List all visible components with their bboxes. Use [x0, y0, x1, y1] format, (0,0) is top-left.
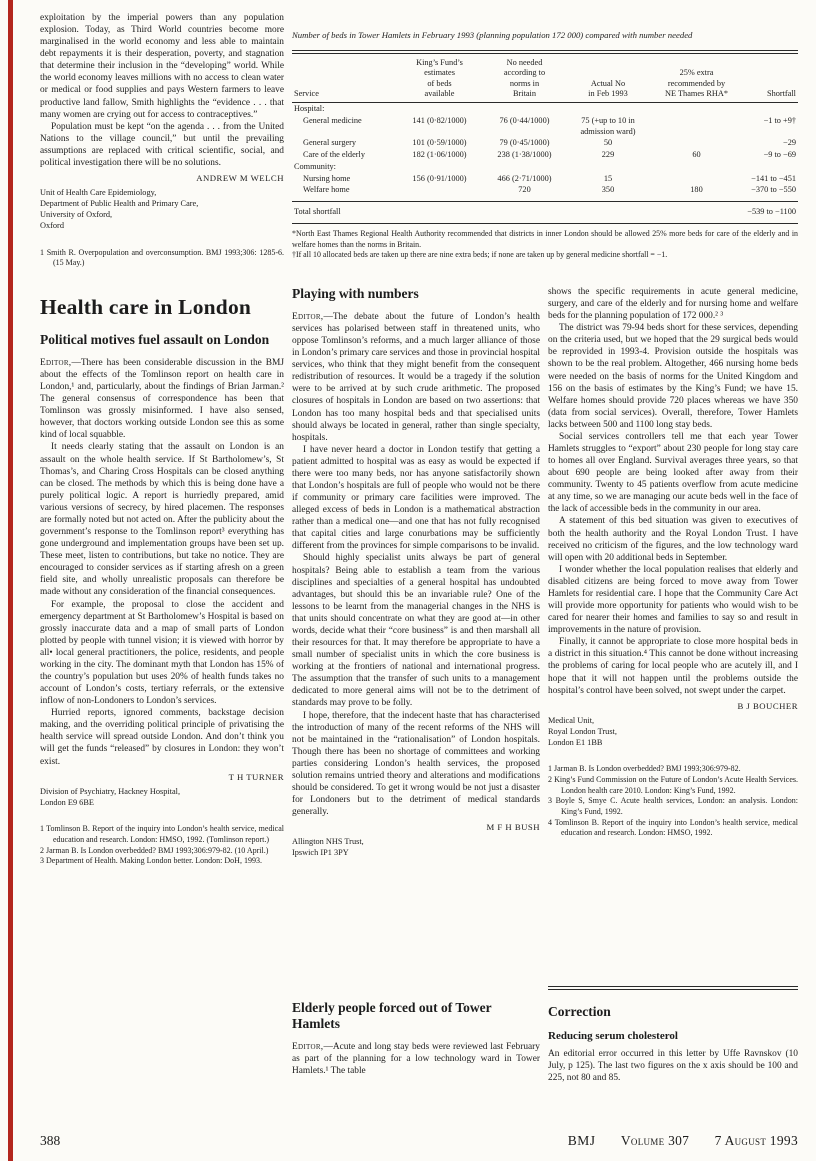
table-cell: 182 (1·06/1000): [397, 150, 482, 162]
column-header: Actual No in Feb 1993: [567, 54, 649, 103]
editor-lead: Editor,: [292, 312, 323, 322]
author-affiliation: Allington NHS Trust, Ipswich IP1 3PY: [292, 837, 540, 859]
table-cell-empty: [567, 202, 649, 224]
column-header: 25% extra recommended by NE Thames RHA*: [649, 54, 744, 103]
journal-volume: Volume 307: [621, 1133, 689, 1148]
reference-item: 2 King’s Fund Commission on the Future o…: [548, 775, 798, 796]
table-cell: −1 to +9†: [744, 115, 798, 138]
table-cell: −370 to −550: [744, 185, 798, 202]
beds-table-block: Number of beds in Tower Hamlets in Febru…: [292, 30, 798, 261]
letter-signature: M F H BUSH: [292, 822, 540, 832]
table-row: Care of the elderly 182 (1·06/1000) 238 …: [292, 150, 798, 162]
table-cell: −29: [744, 138, 798, 150]
journal-date: 7 August 1993: [715, 1133, 798, 1148]
table-cell: 156 (0·91/1000): [397, 173, 482, 185]
table-cell: 101 (0·59/1000): [397, 138, 482, 150]
table-cell: 238 (1·38/1000): [482, 150, 567, 162]
table-cell-empty: [482, 202, 567, 224]
letter-signature: B J BOUCHER: [548, 701, 798, 711]
table-cell-empty: [397, 161, 482, 173]
author-affiliation: Unit of Health Care Epidemiology, Depart…: [40, 188, 284, 232]
table-cell: [649, 173, 744, 185]
table-cell-empty: [567, 161, 649, 173]
table-cell-empty: [567, 103, 649, 115]
table-cell-empty: [744, 103, 798, 115]
table-footnote: *North East Thames Regional Health Autho…: [292, 229, 798, 250]
table-row: General surgery 101 (0·59/1000) 79 (0·45…: [292, 138, 798, 150]
correction-subtitle: Reducing serum cholesterol: [548, 1030, 798, 1042]
table-cell: General medicine: [292, 115, 397, 138]
table-cell: 76 (0·44/1000): [482, 115, 567, 138]
reference-list: 1 Jarman B. Is London overbedded? BMJ 19…: [548, 764, 798, 838]
column-header: Service: [292, 54, 397, 103]
table-caption: Number of beds in Tower Hamlets in Febru…: [292, 30, 798, 40]
letter-title: Playing with numbers: [292, 286, 540, 302]
table-footnotes: *North East Thames Regional Health Autho…: [292, 229, 798, 261]
paragraph-text: —There has been considerable discussion …: [40, 358, 284, 440]
letter-elderly-continuation: shows the specific requirements in acute…: [548, 286, 798, 839]
letter-signature: T H TURNER: [40, 772, 284, 782]
paragraph: Editor,—There has been considerable disc…: [40, 357, 284, 442]
table-cell-empty: [649, 161, 744, 173]
column-header: King’s Fund’s estimates of beds availabl…: [397, 54, 482, 103]
paragraph: For example, the proposal to close the a…: [40, 599, 284, 708]
page-footer: 388 BMJ Volume 307 7 August 1993: [40, 1133, 798, 1149]
paragraph: I hope, therefore, that the indecent has…: [292, 710, 540, 819]
editor-lead: Editor,: [40, 358, 71, 368]
left-column: exploitation by the imperial powers than…: [40, 12, 284, 867]
reference-item: 1 Tomlinson B. Report of the inquiry int…: [40, 824, 284, 845]
table-cell: 466 (2·71/1000): [482, 173, 567, 185]
column-header: Shortfall: [744, 54, 798, 103]
reference-list: 1 Tomlinson B. Report of the inquiry int…: [40, 824, 284, 867]
table-cell: [649, 115, 744, 138]
paragraph: Editor,—Acute and long stay beds were re…: [292, 1041, 540, 1077]
author-affiliation: Medical Unit, Royal London Trust, London…: [548, 716, 798, 749]
letter-elderly-people: Elderly people forced out of Tower Hamle…: [292, 1000, 540, 1077]
paragraph: I wonder whether the local population re…: [548, 564, 798, 636]
table-row: Nursing home 156 (0·91/1000) 466 (2·71/1…: [292, 173, 798, 185]
table-cell-empty: [649, 103, 744, 115]
table-cell: [397, 185, 482, 202]
paragraph: I have never heard a doctor in London te…: [292, 444, 540, 553]
reference-item: 3 Department of Health. Making London be…: [40, 856, 284, 867]
letter-title: Political motives fuel assault on London: [40, 332, 284, 348]
table-cell: 79 (0·45/1000): [482, 138, 567, 150]
correction-section: Correction Reducing serum cholesterol An…: [548, 986, 798, 1084]
section-title: Health care in London: [40, 295, 284, 320]
letter-title: Elderly people forced out of Tower Hamle…: [292, 1000, 540, 1032]
table-cell: Hospital:: [292, 103, 397, 115]
table-cell: Welfare home: [292, 185, 397, 202]
table-cell: 50: [567, 138, 649, 150]
table-cell: Total shortfall: [292, 202, 397, 224]
journal-footer-line: BMJ Volume 307 7 August 1993: [568, 1133, 798, 1149]
journal-name: BMJ: [568, 1133, 596, 1148]
table-cell-empty: [482, 103, 567, 115]
journal-page: exploitation by the imperial powers than…: [0, 0, 816, 1161]
paragraph: Finally, it cannot be appropriate to clo…: [548, 636, 798, 696]
table-header: Service King’s Fund’s estimates of beds …: [292, 54, 798, 103]
paragraph: Hurried reports, ignored comments, backs…: [40, 707, 284, 767]
column-header: No needed according to norms in Britain: [482, 54, 567, 103]
letter-signature: ANDREW M WELCH: [40, 173, 284, 183]
reference-item: 3 Boyle S, Smye C. Acute health services…: [548, 796, 798, 817]
paragraph: Population must be kept “on the agenda .…: [40, 121, 284, 169]
table-cell: 15: [567, 173, 649, 185]
reference-item: 1 Jarman B. Is London overbedded? BMJ 19…: [548, 764, 798, 775]
table-footnote: †If all 10 allocated beds are taken up t…: [292, 250, 798, 261]
table-row-group: Hospital:: [292, 103, 798, 115]
paragraph: Should highly specialist units always be…: [292, 552, 540, 709]
table-row: General medicine 141 (0·82/1000) 76 (0·4…: [292, 115, 798, 138]
table-cell: Community:: [292, 161, 397, 173]
editor-lead: Editor,: [292, 1042, 323, 1052]
letter-playing-with-numbers: Playing with numbers Editor,—The debate …: [292, 286, 540, 859]
paragraph: shows the specific requirements in acute…: [548, 286, 798, 322]
letter-health-care-in-london: Health care in London Political motives …: [40, 295, 284, 867]
paragraph: exploitation by the imperial powers than…: [40, 12, 284, 121]
paragraph: It needs clearly stating that the assaul…: [40, 441, 284, 598]
reference-item: 2 Jarman B. Is London overbedded? BMJ 19…: [40, 846, 284, 857]
table-cell: 75 (+up to 10 in admission ward): [567, 115, 649, 138]
table-cell: Nursing home: [292, 173, 397, 185]
table-cell: [649, 138, 744, 150]
paragraph-text: —Acute and long stay beds were reviewed …: [292, 1042, 540, 1076]
paragraph-text: —The debate about the future of London’s…: [292, 312, 540, 443]
table-row: Welfare home 720 350 180 −370 to −550: [292, 185, 798, 202]
table-cell: 180: [649, 185, 744, 202]
reference-item: 4 Tomlinson B. Report of the inquiry int…: [548, 818, 798, 839]
beds-table: Service King’s Fund’s estimates of beds …: [292, 54, 798, 224]
table-cell: −9 to −69: [744, 150, 798, 162]
table-cell-empty: [397, 202, 482, 224]
table-cell: 60: [649, 150, 744, 162]
paragraph: The district was 79-94 beds short for th…: [548, 322, 798, 431]
table-cell: 141 (0·82/1000): [397, 115, 482, 138]
table-cell: −539 to −1100: [744, 202, 798, 224]
correction-title: Correction: [548, 1004, 798, 1020]
reference-item: 1 Smith R. Overpopulation and overconsum…: [40, 248, 284, 269]
table-cell: 350: [567, 185, 649, 202]
letter-overpopulation: exploitation by the imperial powers than…: [40, 12, 284, 269]
right-column: shows the specific requirements in acute…: [548, 286, 798, 839]
left-margin-rule: [8, 0, 13, 1161]
section-divider: [548, 986, 798, 990]
paragraph: A statement of this bed situation was gi…: [548, 515, 798, 563]
reference-list: 1 Smith R. Overpopulation and overconsum…: [40, 248, 284, 269]
paragraph: An editorial error occurred in this lett…: [548, 1048, 798, 1084]
table-cell-empty: [397, 103, 482, 115]
table-cell: 720: [482, 185, 567, 202]
paragraph: Social services controllers tell me that…: [548, 431, 798, 516]
author-affiliation: Division of Psychiatry, Hackney Hospital…: [40, 787, 284, 809]
table-cell: −141 to −451: [744, 173, 798, 185]
table-cell: General surgery: [292, 138, 397, 150]
table-cell-empty: [482, 161, 567, 173]
middle-column: Playing with numbers Editor,—The debate …: [292, 286, 540, 861]
table-row-group: Community:: [292, 161, 798, 173]
table-cell-empty: [744, 161, 798, 173]
page-number: 388: [40, 1133, 60, 1149]
paragraph: Editor,—The debate about the future of L…: [292, 311, 540, 444]
table-cell: Care of the elderly: [292, 150, 397, 162]
table-cell-empty: [649, 202, 744, 224]
table-total-row: Total shortfall −539 to −1100: [292, 202, 798, 224]
table-cell: 229: [567, 150, 649, 162]
